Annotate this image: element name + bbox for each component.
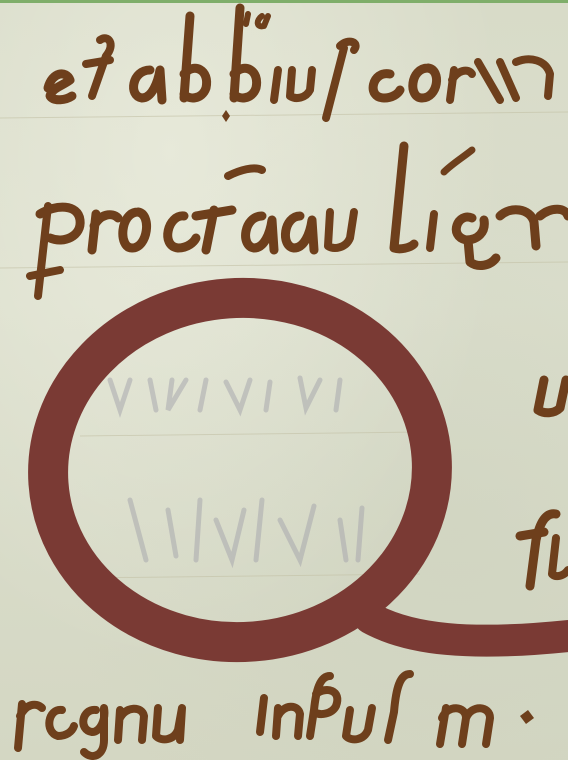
manuscript-drawing bbox=[0, 0, 568, 760]
initial-letter-q bbox=[36, 285, 568, 655]
text-line-2 bbox=[30, 146, 568, 296]
manuscript-photo: et abbus conta ia procta aulien u fi reg… bbox=[0, 0, 568, 760]
faint-erased-text bbox=[110, 378, 362, 560]
right-margin-letters bbox=[520, 380, 568, 586]
text-line-5 bbox=[18, 674, 534, 756]
text-line-1 bbox=[48, 8, 550, 122]
